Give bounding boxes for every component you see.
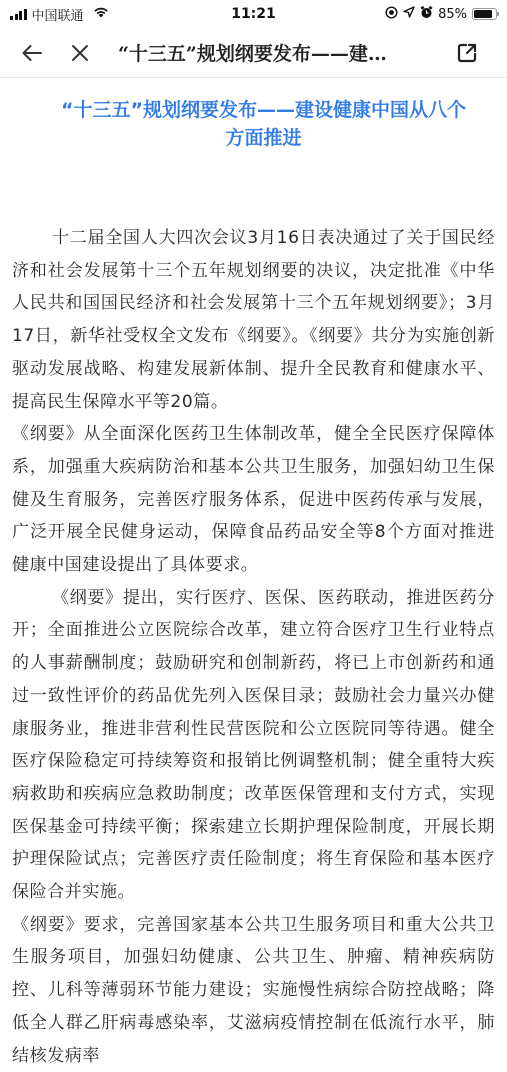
battery-icon — [472, 8, 497, 20]
back-arrow-icon[interactable] — [18, 39, 46, 67]
screen-rotation-lock-icon — [385, 6, 398, 23]
article-paragraph: 《纲要》从全面深化医药卫生体制改革，健全全民医疗保障体系，加强重大疾病防治和基本… — [12, 418, 495, 582]
article-title: “十三五”规划纲要发布——建设健康中国从八个方面推进 — [12, 96, 495, 152]
location-icon — [403, 6, 415, 22]
signal-icon — [10, 9, 27, 20]
article-content: “十三五”规划纲要发布——建设健康中国从八个方面推进 十二届全国人大四次会议3月… — [0, 78, 507, 900]
battery-percent: 85% — [438, 7, 467, 22]
article-paragraph: 十二届全国人大四次会议3月16日表决通过了关于国民经济和社会发展第十三个五年规划… — [12, 222, 495, 418]
nav-bar: “十三五”规划纲要发布——建… — [0, 28, 507, 78]
carrier-name: 中国联通 — [32, 5, 84, 24]
status-left: 中国联通 — [10, 5, 109, 24]
article-paragraph: 《纲要》提出，实行医疗、医保、医药联动，推进医药分开；全面推进公立医院综合改革，… — [12, 582, 495, 900]
status-bar: 中国联通 11:21 — [0, 0, 507, 28]
close-icon[interactable] — [66, 39, 94, 67]
wifi-icon — [93, 6, 109, 22]
article-body: 十二届全国人大四次会议3月16日表决通过了关于国民经济和社会发展第十三个五年规划… — [12, 222, 495, 900]
status-right: 85% — [385, 6, 497, 23]
alarm-icon — [420, 6, 433, 23]
page-title: “十三五”规划纲要发布——建… — [118, 39, 448, 66]
share-external-icon[interactable] — [453, 39, 481, 67]
